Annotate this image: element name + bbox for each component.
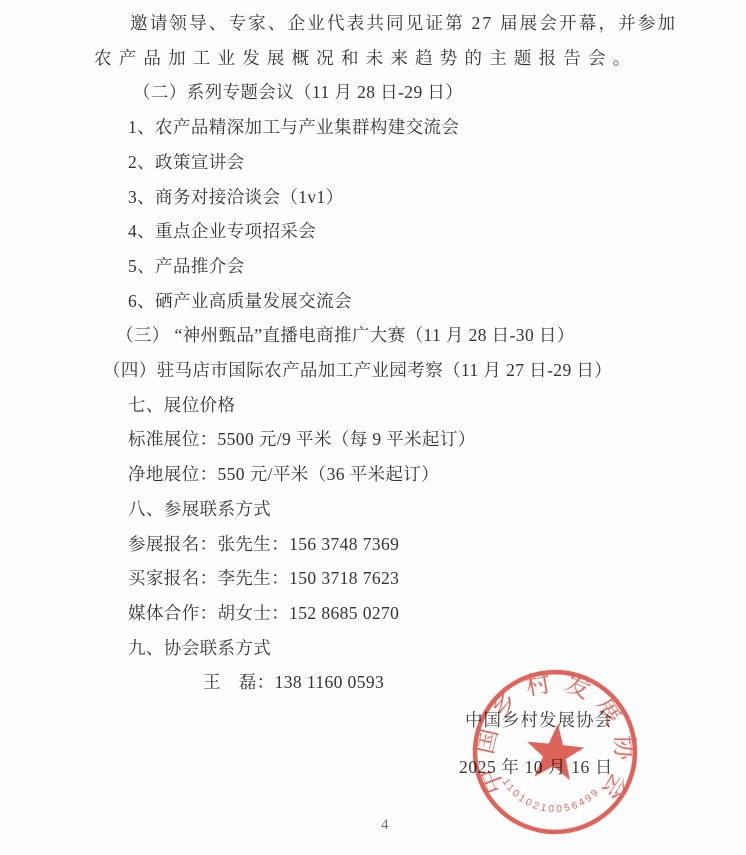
page-number: 4 bbox=[0, 817, 746, 834]
doc-line: 净地展位：550 元/平米（36 平米起订） bbox=[94, 457, 706, 492]
svg-text:11010210056499: 11010210056499 bbox=[497, 776, 604, 820]
doc-line: 2、政策宣讲会 bbox=[94, 145, 706, 180]
doc-line: 媒体合作：胡女士：152 8685 0270 bbox=[94, 596, 706, 631]
doc-line: 九、协会联系方式 bbox=[94, 631, 706, 666]
doc-line: 4、重点企业专项招采会 bbox=[94, 214, 706, 249]
doc-line: （二）系列专题会议（11 月 28 日-29 日） bbox=[94, 75, 706, 110]
doc-line: 6、硒产业高质量发展交流会 bbox=[94, 284, 706, 319]
signature-org: 中国乡村发展协会 bbox=[465, 707, 613, 732]
doc-line: 5、产品推介会 bbox=[94, 249, 706, 284]
doc-line: 农产品加工业发展概况和未来趋势的主题报告会。 bbox=[94, 41, 706, 76]
doc-line: 八、参展联系方式 bbox=[94, 492, 706, 527]
doc-line: （三） “神州甄品”直播电商推广大赛（11 月 28 日-30 日） bbox=[94, 318, 706, 353]
doc-line: 1、农产品精深加工与产业集群构建交流会 bbox=[94, 110, 706, 145]
document-body: 邀请领导、专家、企业代表共同见证第 27 届展会开幕，并参加 农产品加工业发展概… bbox=[0, 6, 746, 700]
doc-line: 邀请领导、专家、企业代表共同见证第 27 届展会开幕，并参加 bbox=[94, 6, 706, 41]
doc-line: 买家报名：李先生：150 3718 7623 bbox=[94, 561, 706, 596]
doc-line: 3、商务对接洽谈会（1v1） bbox=[94, 180, 706, 215]
doc-line: 七、展位价格 bbox=[94, 388, 706, 423]
seal-serial-number: 11010210056499 bbox=[497, 776, 604, 820]
doc-line: 参展报名：张先生：156 3748 7369 bbox=[94, 527, 706, 562]
doc-line: 标准展位：5500 元/9 平米（每 9 平米起订） bbox=[94, 422, 706, 457]
doc-line: 王 磊：138 1160 0593 bbox=[94, 665, 706, 700]
doc-line: （四）驻马店市国际农产品加工产业园考察（11 月 27 日-29 日） bbox=[94, 353, 706, 388]
signature-date: 2025 年 10 月 16 日 bbox=[459, 754, 613, 779]
document-page: { "page": { "number": "4" }, "colors": {… bbox=[0, 0, 746, 855]
